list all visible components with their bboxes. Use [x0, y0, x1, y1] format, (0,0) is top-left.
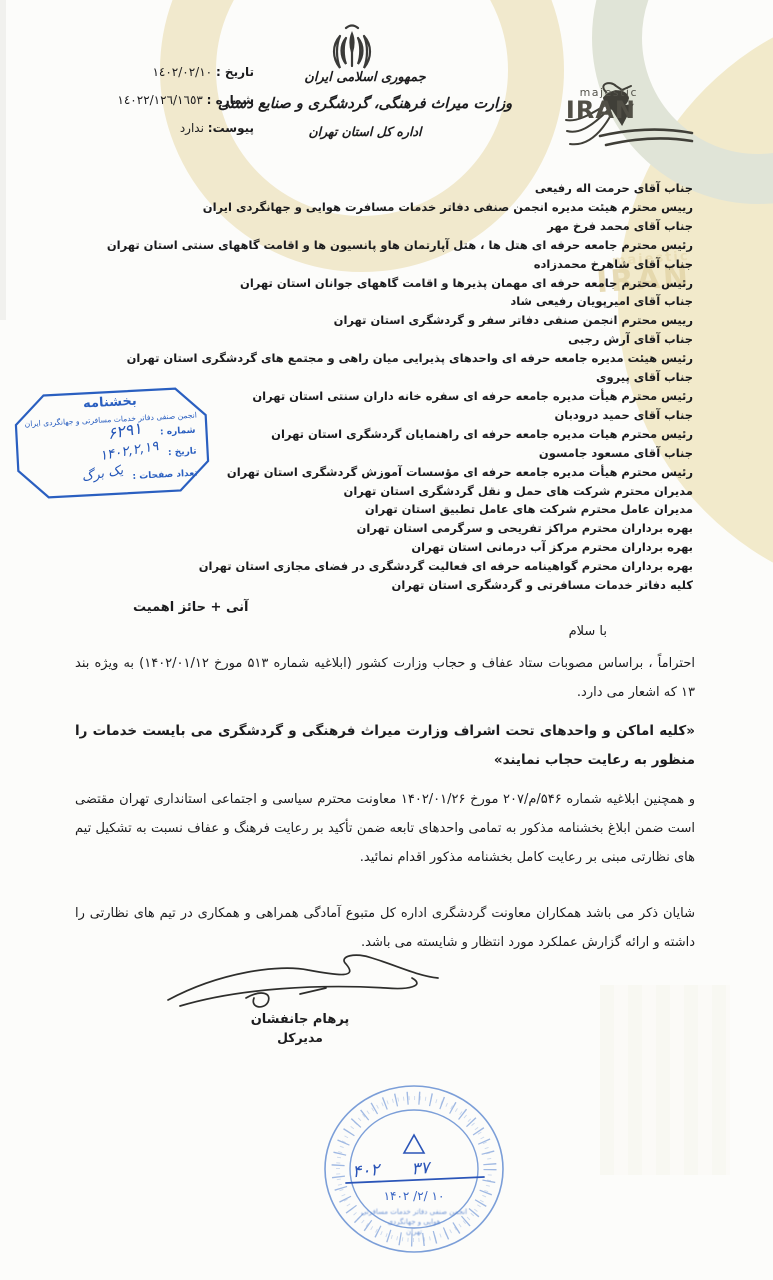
recipient-line: بهره برداران محترم مرکز آب درمانی استان … [60, 538, 693, 557]
recipient-line: رییس محترم هیئت مدیره انجمن صنفی دفاتر خ… [60, 198, 693, 217]
side-stamp: بخشنامه انجمن صنفی دفاتر خدمات مسافرتی و… [11, 385, 212, 501]
recipient-line: بهره برداران محترم مراکز تفریحی و سرگرمی… [60, 519, 693, 538]
stamp-org-line3: تهران [406, 1228, 422, 1236]
stamp-hand-number-left: ۴۰۲ [351, 1160, 383, 1183]
recipient-line: رییس محترم انجمن صنفی دفاتر سفر و گردشگر… [60, 311, 693, 330]
majestic-iran-logo: majestic IRAN [560, 78, 710, 160]
recipient-line: کلیه دفاتر خدمات مسافرتی و گردشگری استان… [60, 576, 693, 595]
recipient-line: جناب آقای آرش رجبی [60, 330, 693, 349]
meta-number-value: ١٤٠٢٢/١٢٦/١٦٥٣ [117, 93, 202, 107]
recipient-line: رئیس محترم جامعه حرفه ای هتل ها ، هتل آپ… [60, 236, 693, 255]
recipient-line: جناب آقای شاهرخ محمدزاده [60, 255, 693, 274]
signer-title: مدیرکل [150, 1030, 450, 1045]
iran-emblem-svg [330, 22, 374, 74]
meta-attachment-value: ندارد [180, 121, 204, 135]
salutation: با سلام [75, 624, 695, 639]
priority-tag: آنی + حائز اهمیت [75, 600, 695, 615]
recipient-line: جناب آقای پیروی [60, 368, 693, 387]
letter-page: majestic IRAN تاریخ : ١٤٠٢/٠٢/١٠ شماره :… [0, 0, 773, 1280]
recipient-line: جناب آقای حرمت اله رفیعی [60, 179, 693, 198]
brand-word-iran: IRAN [566, 96, 636, 124]
watermark-stripes [600, 985, 730, 1175]
recipient-line: جناب آقای امیرپویان رفیعی شاد [60, 292, 693, 311]
meta-date-value: ١٤٠٢/٠٢/١٠ [152, 65, 212, 79]
recipient-line: رئیس محترم جامعه حرفه ای مهمان پذیرها و … [60, 274, 693, 293]
stamp-org-line1: انجمن صنفی دفاتر خدمات مسافرتی [361, 1208, 467, 1216]
bottom-stamp-svg: ۴۰۲ ۳۷ ۱۰ /۲/ ۱۴۰۲ انجمن صنفی دفاتر خدما… [318, 1083, 510, 1255]
country-title: جمهوری اسلامی ایران [210, 70, 520, 85]
paragraph-2: و همچنین ابلاغیه شماره ۵۴۶/م/۲۰۷ مورخ ۱۴… [75, 785, 695, 872]
side-stamp-date-label: تاریخ : [168, 447, 197, 458]
side-stamp-number-label: شماره : [160, 426, 196, 438]
office-title: اداره کل استان تهران [210, 124, 520, 139]
bottom-stamp: ۴۰۲ ۳۷ ۱۰ /۲/ ۱۴۰۲ انجمن صنفی دفاتر خدما… [318, 1083, 510, 1259]
phoenix-bird-icon: majestic IRAN [560, 78, 710, 160]
ministry-title: وزارت میراث فرهنگی، گردشگری و صنایع دستی [210, 96, 520, 112]
stamp-date: ۱۰ /۲/ ۱۴۰۲ [384, 1189, 445, 1203]
quote-paragraph: «کلیه اماکن و واحدهای تحت اشراف وزارت می… [75, 717, 695, 775]
stamp-org-line2: هوایی و جهانگردی [388, 1217, 441, 1226]
recipient-line: رئیس هیئت مدیره جامعه حرفه ای واحدهای پذ… [60, 349, 693, 368]
ministry-header: جمهوری اسلامی ایران وزارت میراث فرهنگی، … [210, 70, 520, 139]
letter-body: آنی + حائز اهمیت با سلام احتراماً ، براس… [75, 600, 695, 957]
recipient-line: بهره برداران محترم گواهینامه حرفه ای فعا… [60, 557, 693, 576]
signature-scribble [150, 948, 450, 1022]
signature-block: پرهام جانفشان مدیرکل [150, 948, 450, 1045]
recipient-line: مدیران عامل محترم شرکت های عامل تطبیق اس… [60, 500, 693, 519]
recipient-line: جناب آقای محمد فرخ مهر [60, 217, 693, 236]
scan-edge [0, 0, 6, 320]
paragraph-1: احتراماً ، براساس مصوبات ستاد عفاف و حجا… [75, 649, 695, 707]
stamp-hand-number-right: ۳۷ [410, 1158, 433, 1180]
